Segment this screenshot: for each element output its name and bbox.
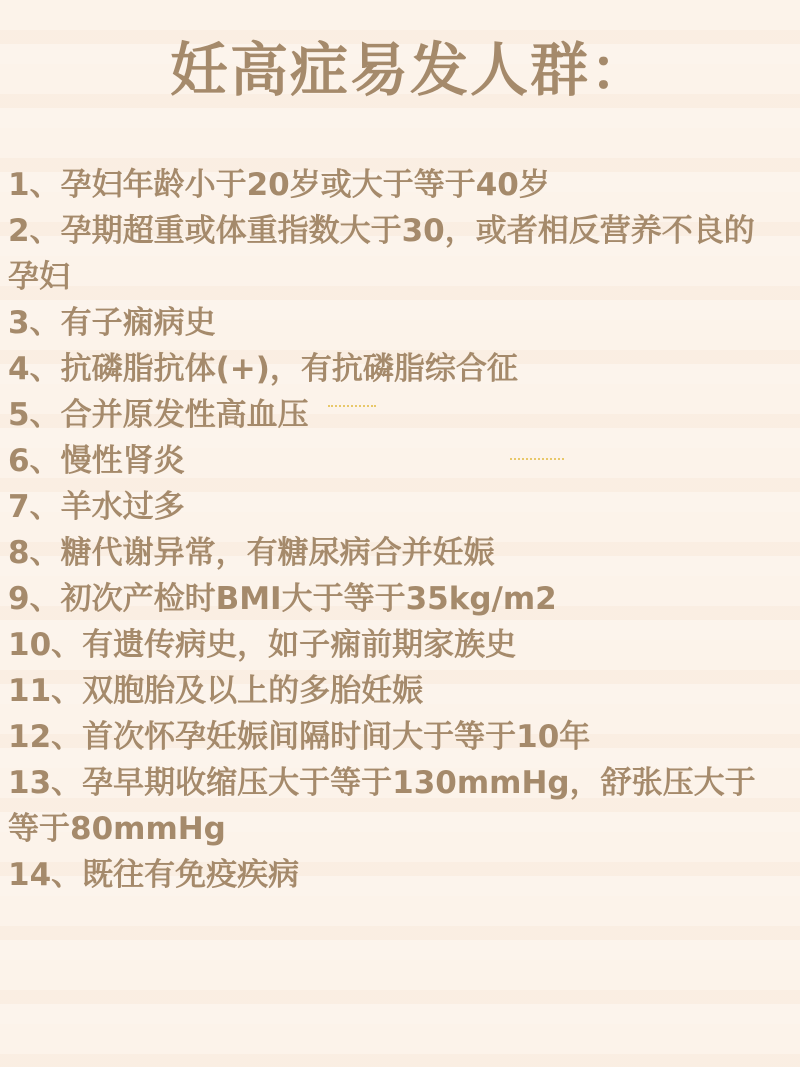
list-item: 3、有子痫病史 — [8, 300, 780, 346]
decorative-squiggle-icon — [328, 402, 376, 407]
list-item: 14、既往有免疫疾病 — [8, 852, 780, 898]
list-item: 11、双胞胎及以上的多胎妊娠 — [8, 668, 780, 714]
list-item: 6、慢性肾炎 — [8, 438, 780, 484]
list-item: 7、羊水过多 — [8, 484, 780, 530]
list-item: 5、合并原发性高血压 — [8, 392, 780, 438]
decorative-squiggle-icon — [510, 455, 564, 460]
list-item: 8、糖代谢异常，有糖尿病合并妊娠 — [8, 530, 780, 576]
list-item: 1、孕妇年龄小于20岁或大于等于40岁 — [8, 162, 780, 208]
risk-group-list: 1、孕妇年龄小于20岁或大于等于40岁 2、孕期超重或体重指数大于30，或者相反… — [8, 162, 780, 898]
list-item: 10、有遗传病史，如子痫前期家族史 — [8, 622, 780, 668]
page-title: 妊高症易发人群： — [0, 40, 800, 100]
list-item: 13、孕早期收缩压大于等于130mmHg，舒张压大于等于80mmHg — [8, 760, 780, 852]
list-item: 12、首次怀孕妊娠间隔时间大于等于10年 — [8, 714, 780, 760]
list-item: 9、初次产检时BMI大于等于35kg/m2 — [8, 576, 780, 622]
list-item: 2、孕期超重或体重指数大于30，或者相反营养不良的孕妇 — [8, 208, 780, 300]
list-item: 4、抗磷脂抗体(+)，有抗磷脂综合征 — [8, 346, 780, 392]
